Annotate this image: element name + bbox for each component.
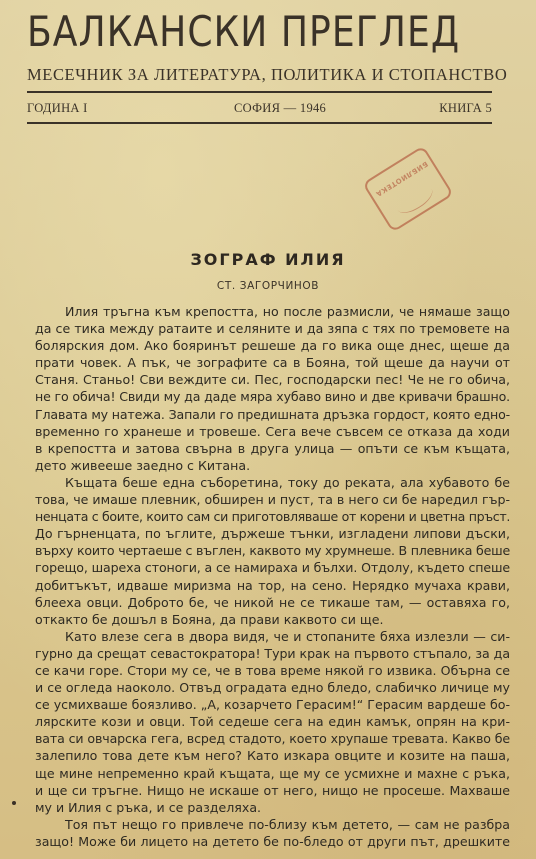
- volume-year: ГОДИНА I: [27, 101, 88, 115]
- text-line: дето живееше заедно с Китана.: [35, 457, 510, 474]
- masthead-rule-bottom: [27, 122, 492, 124]
- scanned-page: БАЛКАНСКИ ПРЕГЛЕД МЕСЕЧНИК ЗА ЛИТЕРАТУРА…: [0, 0, 536, 859]
- text-line: откакто бе дошъл в Бояна, да прави какво…: [35, 611, 510, 628]
- text-line: това, че имаше плевник, обширен и пуст, …: [35, 491, 510, 508]
- journal-title: БАЛКАНСКИ ПРЕГЛЕД: [27, 10, 436, 54]
- text-line: и се огледа наоколо. Отвъд оградата едно…: [35, 679, 510, 696]
- text-line: не го обича! Свиди му да даде мяра хубав…: [35, 388, 510, 405]
- article-author: СТ. ЗАГОРЧИНОВ: [0, 280, 536, 292]
- text-line: До гърненцата, по ъглите, държеше тънки,…: [35, 525, 510, 542]
- library-stamp-icon: БИБЛИОТЕКА: [362, 145, 454, 232]
- text-line: върху които чертаеше с въглен, каквото м…: [35, 542, 510, 559]
- text-line: в крепостта и затова свърна в друга улиц…: [35, 440, 510, 457]
- text-line: залепило това дете към него? Като изкара…: [35, 747, 510, 764]
- text-line: вата си овчарска гега, всред стадото, ко…: [35, 730, 510, 747]
- text-line: временно го хранеше и тровеше. Сега вече…: [35, 423, 510, 440]
- paper-speck: [12, 801, 16, 805]
- text-line: добитъкът, идваше миризма на тор, на сен…: [35, 577, 510, 594]
- text-line: Къщата беше една съборетина, току до рек…: [35, 474, 510, 491]
- text-line: горещо, шареха стоноги, а се намираха и …: [35, 559, 510, 576]
- issue-number: КНИГА 5: [439, 101, 492, 115]
- place-date: СОФИЯ — 1946: [234, 101, 326, 115]
- text-line: се качи горе. Стори му се, че в това вре…: [35, 662, 510, 679]
- text-line: прати човек. А пък, че зографите са в Бо…: [35, 354, 510, 371]
- masthead-rule-top: [27, 91, 492, 93]
- text-line: болярския дом. Ако бояринът решеше да го…: [35, 337, 510, 354]
- text-line: се усмихваше боязливо. „А, козарчето Гер…: [35, 696, 510, 713]
- text-line: да се тика между ратаите и селяните и да…: [35, 320, 510, 337]
- text-line: Станя. Станьо! Сви веждите си. Пес, госп…: [35, 371, 510, 388]
- text-line: ще мине непременно край къщата, ще му се…: [35, 765, 510, 782]
- article-body: Илия тръгна към крепостта, но после разм…: [35, 303, 510, 850]
- stamp-arc: [393, 181, 437, 218]
- text-line: Като влезе сега в двора видя, че и стопа…: [35, 628, 510, 645]
- article-title: ЗОГРАФ ИЛИЯ: [0, 251, 536, 269]
- text-line: гурно да срещат севастократора! Тури кра…: [35, 645, 510, 662]
- text-line: лярските кози и овци. Той седеше сега на…: [35, 713, 510, 730]
- text-line: Тоя път нещо го привлече по-близу към де…: [35, 816, 510, 833]
- text-line: ненцата с боите, които сам си приготовля…: [35, 508, 510, 525]
- text-line: защо! Може би лицето на детето бе по-бле…: [35, 833, 510, 850]
- text-line: му и Илия с ръка, и се разделяха.: [35, 799, 510, 816]
- journal-subtitle: МЕСЕЧНИК ЗА ЛИТЕРАТУРА, ПОЛИТИКА И СТОПА…: [27, 66, 507, 84]
- text-line: Илия тръгна към крепостта, но после разм…: [35, 303, 510, 320]
- text-line: Главата му натежа. Запали го предишната …: [35, 406, 510, 423]
- issue-info-row: ГОДИНА I СОФИЯ — 1946 КНИГА 5: [27, 101, 492, 115]
- text-line: блееха овци. Доброто бе, че никой не се …: [35, 594, 510, 611]
- text-line: и ще си тръгне. Нищо не искаше от него, …: [35, 782, 510, 799]
